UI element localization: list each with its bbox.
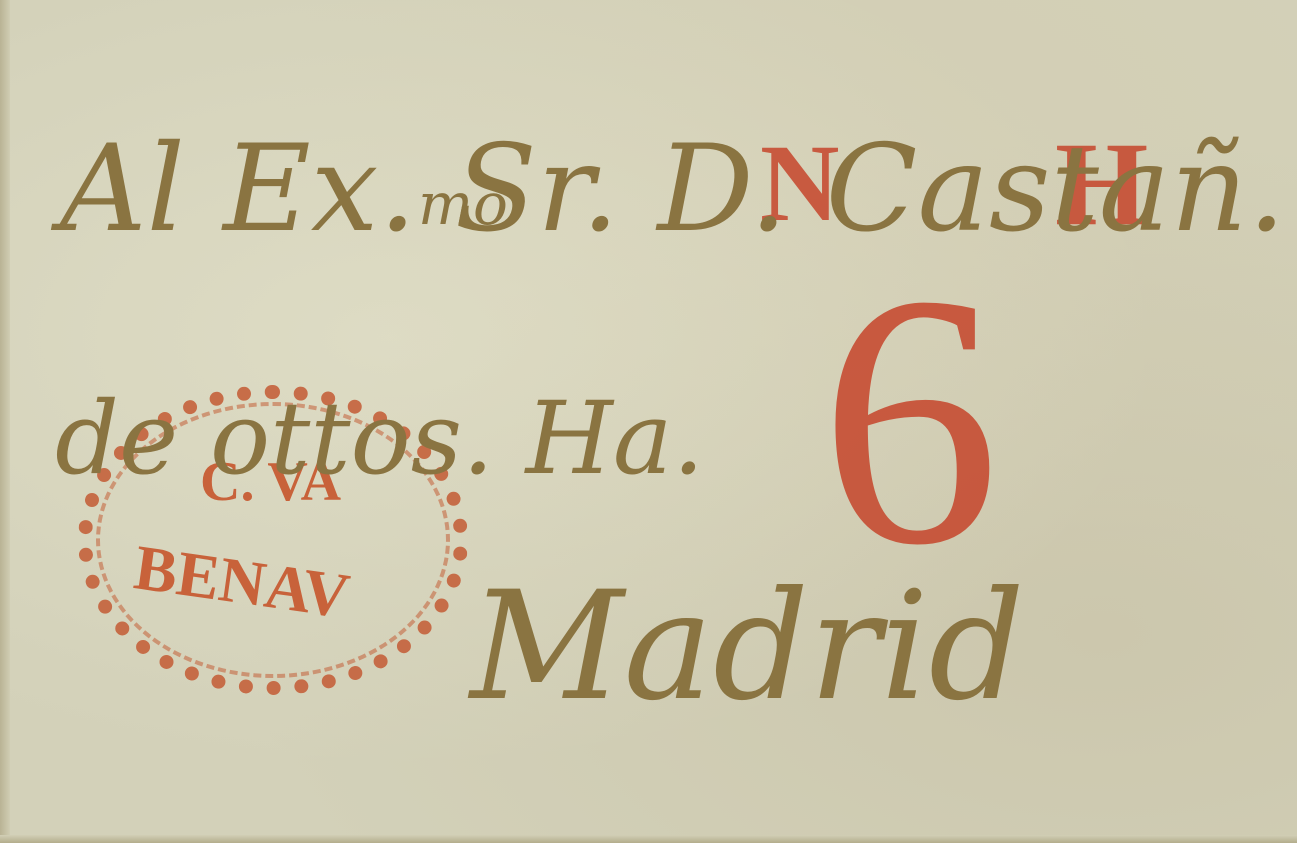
paper-edge-left bbox=[0, 0, 10, 843]
postage-rate-marking: 6 bbox=[820, 240, 1000, 600]
address-line-2: de ottos. Ha. bbox=[55, 380, 704, 497]
address-city: Madrid bbox=[470, 560, 1025, 734]
paper-edge-bottom bbox=[0, 835, 1297, 843]
address-line-1: Al Ex. Sr. D. Castañ. bbox=[60, 120, 1286, 259]
postal-cover: C. VA BENAV N H 6 Al Ex. Sr. D. Castañ. … bbox=[0, 0, 1297, 843]
address-superscript: mo bbox=[418, 170, 508, 238]
